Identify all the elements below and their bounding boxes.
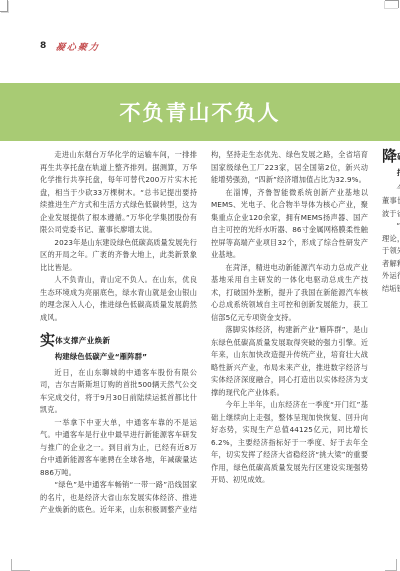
body-paragraph: 今年上半年，山东经济在一季度“开门红”基础上继续向上走强，整体呈现加快恢复、回升… — [211, 399, 368, 487]
intro-paragraph: 2023年是山东建设绿色低碳高质量发展先行区的开局之年。广袤的齐鲁大地上，此类新… — [40, 237, 197, 275]
article-body: 走进山东烟台万华化学的运输车间，一排排再生共享托盘在轨道上整齐排列。据测算，万华… — [40, 149, 368, 524]
section-heading: 降 碳减污扩绿增长 — [382, 149, 400, 164]
section-heading-text: 体支撑产业焕新 — [55, 335, 110, 349]
body-paragraph: 在菏泽，精进电动新能源汽车动力总成产业基地采用自主研发的一体化电驱动总成生产技术… — [211, 262, 368, 325]
body-paragraph: 近日，在山东聊城的中通客车股份有限公司，吉尔吉斯斯坦订购的首批500辆天然气公交… — [40, 367, 197, 417]
scan-corner-mark-bottom-right — [385, 559, 397, 571]
body-paragraph: 今年以来，山东容和节能环保科技有限公司董事长王秋平和他的技术团队一直“连轴转”，… — [382, 183, 400, 221]
body-paragraph: “我们利用中国科学院海洋研究所循环水处理理论，研发出高磁水处理技术，该技术在国内… — [382, 220, 400, 295]
magazine-page: 8 凝心聚力 不负青山不负人 走进山东烟台万华化学的运输车间，一排排再生共享托盘… — [0, 0, 400, 571]
section-subtitle: 构建绿色低碳产业“雁阵群” — [40, 351, 197, 364]
section-dropcap: 实 — [40, 333, 55, 348]
article-title: 不负青山不负人 — [120, 97, 281, 127]
body-paragraph: 在淄博，齐鲁智能微系统创新产业基地以MEMS、光电子、化合物半导体为核心产业，聚… — [211, 187, 368, 262]
body-paragraph: 落脚实体经济，构建新产业“雁阵群”，是山东绿色低碳高质量发展取得突破的强力引擎。… — [211, 324, 368, 399]
scan-corner-mark-top-left — [0, 0, 8, 12]
intro-paragraph: 人不负青山，青山定不负人。在山东，优良生态环境成为亮丽底色，绿水青山就是金山银山… — [40, 274, 197, 324]
page-number: 8 — [40, 41, 46, 51]
scan-corner-mark-top-right — [385, 0, 399, 8]
magazine-logo: 凝心聚力 — [55, 40, 101, 53]
section-heading: 实 体支撑产业焕新 — [40, 333, 197, 348]
article-title-banner: 不负青山不负人 — [0, 83, 400, 141]
body-paragraph: 一举拿下中亚大单，中通客车靠的不是运气。中通客车是行业中最早进行新能源客车研发与… — [40, 417, 197, 480]
page-header: 8 凝心聚力 — [40, 39, 100, 53]
scan-corner-mark-bottom-left — [11, 559, 30, 571]
section-subtitle: 打造经济社会绿色转型“新赛道” — [382, 167, 400, 180]
section-dropcap: 降 — [382, 149, 397, 164]
section-heading-block: 实 体支撑产业焕新 构建绿色低碳产业“雁阵群” — [40, 333, 197, 364]
section-heading-block: 降 碳减污扩绿增长 打造经济社会绿色转型“新赛道” — [382, 149, 400, 180]
intro-paragraph: 走进山东烟台万华化学的运输车间，一排排再生共享托盘在轨道上整齐排列。据测算，万华… — [40, 149, 197, 237]
